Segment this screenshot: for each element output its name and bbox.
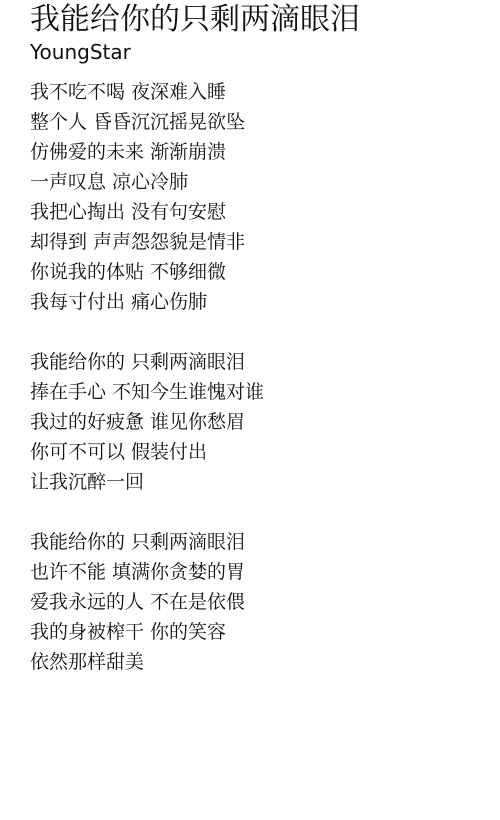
- lyric-line: 爱我永远的人 不在是依偎: [30, 587, 500, 617]
- stanza-2: 我能给你的 只剩两滴眼泪 捧在手心 不知今生谁愧对谁 我过的好疲惫 谁见你愁眉 …: [30, 347, 500, 497]
- song-title: 我能给你的只剩两滴眼泪: [30, 0, 500, 39]
- artist-name: YoungStar: [30, 39, 500, 65]
- lyric-line: 让我沉醉一回: [30, 467, 500, 497]
- lyric-line: 你可不可以 假装付出: [30, 437, 500, 467]
- lyric-line: 我能给你的 只剩两滴眼泪: [30, 347, 500, 377]
- lyric-line: 你说我的体贴 不够细微: [30, 257, 500, 287]
- lyrics-body: 我不吃不喝 夜深难入睡 整个人 昏昏沉沉摇晃欲坠 仿佛爱的未来 渐渐崩溃 一声叹…: [30, 77, 500, 677]
- lyric-line: 我不吃不喝 夜深难入睡: [30, 77, 500, 107]
- lyric-line: 捧在手心 不知今生谁愧对谁: [30, 377, 500, 407]
- lyric-line: 也许不能 填满你贪婪的胃: [30, 557, 500, 587]
- lyric-line: 我把心掏出 没有句安慰: [30, 197, 500, 227]
- lyrics-page: 我能给你的只剩两滴眼泪 YoungStar 我不吃不喝 夜深难入睡 整个人 昏昏…: [30, 0, 500, 707]
- lyric-line: 一声叹息 凉心冷肺: [30, 167, 500, 197]
- lyric-line: 我能给你的 只剩两滴眼泪: [30, 527, 500, 557]
- stanza-3: 我能给你的 只剩两滴眼泪 也许不能 填满你贪婪的胃 爱我永远的人 不在是依偎 我…: [30, 527, 500, 677]
- lyric-line: 仿佛爱的未来 渐渐崩溃: [30, 137, 500, 167]
- lyric-line: 我每寸付出 痛心伤肺: [30, 287, 500, 317]
- lyric-line: 依然那样甜美: [30, 647, 500, 677]
- lyric-line: 我的身被榨干 你的笑容: [30, 617, 500, 647]
- stanza-1: 我不吃不喝 夜深难入睡 整个人 昏昏沉沉摇晃欲坠 仿佛爱的未来 渐渐崩溃 一声叹…: [30, 77, 500, 317]
- lyric-line: 我过的好疲惫 谁见你愁眉: [30, 407, 500, 437]
- lyric-line: 却得到 声声怨怨貌是情非: [30, 227, 500, 257]
- lyric-line: 整个人 昏昏沉沉摇晃欲坠: [30, 107, 500, 137]
